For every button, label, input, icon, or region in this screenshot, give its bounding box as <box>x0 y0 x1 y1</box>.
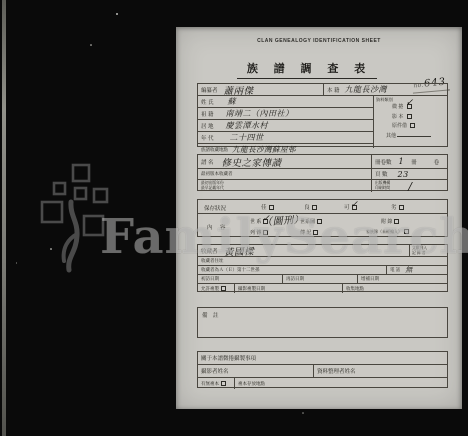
row-label: 年 代 <box>198 134 214 142</box>
checkbox <box>221 286 226 291</box>
handwritten-value: 黃國樑 <box>223 243 253 258</box>
microfilm-frame: CLAN GENEALOGY IDENTIFICATION SHEET 族 譜 … <box>0 0 468 436</box>
dust-speck <box>302 412 304 414</box>
row-label: 複本存放地點 <box>235 381 265 387</box>
collector-table: 收藏者 黃國樑 文獻列入 記 錄 者 收藏者住址 收藏者為Ａ（Ｅ）第十二世孫 電… <box>197 244 448 292</box>
checkbox <box>352 205 357 210</box>
row-label: 允許複製 <box>198 286 219 292</box>
row-label: 攝影複製日期 <box>235 286 265 292</box>
content-item: 家族錄（未經編入） <box>366 229 409 235</box>
remark-box: 備 註 <box>197 307 448 338</box>
checkbox <box>407 114 412 119</box>
material-type-box: 資料類別 微 捲 影 本 原件借 其他 <box>373 96 447 148</box>
filming-table: 關于本譜微捲攝製事項 攝影者姓名 資料整理者姓名 有無複本 複本存放地點 <box>197 351 448 388</box>
checkbox <box>269 205 274 210</box>
condition-option: 良 <box>304 203 317 211</box>
row-label: 收藏者住址 <box>198 258 224 264</box>
checkbox <box>263 230 268 235</box>
handwritten-value: 蘇 <box>228 96 237 107</box>
remark-label: 備 註 <box>198 308 447 319</box>
handwritten-value: 南靖二（內田社） <box>226 108 294 119</box>
content-item-label: 列 傳 <box>250 230 261 236</box>
row-label: 印刷時間 <box>375 186 390 191</box>
condition-option: 可 <box>344 203 357 211</box>
row-label: 最早記載年代 <box>201 186 224 191</box>
row-label: 內 容 <box>204 223 229 231</box>
table-row: 居 地 慶雲潭水村 <box>198 119 373 131</box>
familysearch-tree-logo <box>34 156 144 296</box>
row-label: 族譜收藏地點 <box>198 147 228 153</box>
material-other-label: 其他 <box>386 133 396 139</box>
dust-speck <box>16 262 17 264</box>
table-row: 允許複製 攝影複製日期 收集地點 <box>198 283 447 293</box>
table-row: 收藏者為Ａ（Ｅ）第十二世孫 電 話 無 <box>198 265 447 274</box>
blank-line <box>397 132 431 137</box>
content-item: 附 錄 <box>381 218 399 225</box>
dust-speck <box>90 44 92 46</box>
checkbox <box>404 229 409 234</box>
material-option: 原件借 <box>376 122 445 132</box>
row-label: 祖 籍 <box>198 110 214 118</box>
condition-option: 佳 <box>261 203 274 211</box>
condition-option-label: 佳 <box>261 205 267 211</box>
row-label: 有無複本 <box>198 381 219 387</box>
row-label: 本 籍 <box>324 86 340 94</box>
row-label: 冊卷數 <box>372 158 392 166</box>
form-title-wrap: 族 譜 調 查 表 <box>201 59 413 79</box>
row-label: 編纂者 <box>198 86 218 94</box>
content-item: 列 傳 <box>250 229 268 236</box>
content-item-label: 世 系 <box>250 219 261 225</box>
table-row: 初訪日期 再訪日期 增補日期 <box>198 274 447 283</box>
row-label: 收藏者為Ａ（Ｅ）第十二世孫 <box>198 267 260 273</box>
content-item-label: 家族錄（未經編入） <box>366 229 402 234</box>
material-option-label: 原件借 <box>392 123 407 129</box>
handwritten-value: ∕ <box>408 180 412 193</box>
unit-label: 冊 <box>408 158 417 166</box>
row-label: 收集地點 <box>343 286 364 292</box>
checkbox <box>394 219 399 224</box>
condition-table: 保存狀況 佳 良 可 劣 內 容 （圖刑） 世 系 <box>197 199 448 237</box>
table-row: 關于本譜微捲攝製事項 <box>198 352 447 364</box>
content-item-label: 附 錄 <box>381 219 392 225</box>
record-note-box: 文獻列入 記 錄 者 <box>409 245 447 256</box>
document-page: CLAN GENEALOGY IDENTIFICATION SHEET 族 譜 … <box>176 27 462 409</box>
table-row: 譜 名 修史之家傳讀 冊卷數 1 冊 卷 <box>198 155 447 168</box>
row-label: 譜 名 <box>198 158 214 166</box>
table-row: 內 容 （圖刑） 世 系 世系圖 附 錄 列 傳 傳 記 家族錄 <box>198 213 447 238</box>
table-row: 攝影者姓名 資料整理者姓名 <box>198 364 447 377</box>
row-label: 增補日期 <box>358 276 379 282</box>
table-row: 最初出版年份 最早記載年代 出版機構 印刷時間 ∕ <box>198 179 447 192</box>
row-label: 頁 數 <box>372 170 388 178</box>
handwritten-value: 23 <box>398 170 409 179</box>
table-row: 保存狀況 佳 良 可 劣 <box>198 200 447 213</box>
volume-table: 譜 名 修史之家傳讀 冊卷數 1 冊 卷 最初版本收藏者 頁 數 23 <box>197 154 448 191</box>
table-row: 收藏者 黃國樑 文獻列入 記 錄 者 <box>198 245 447 256</box>
checkbox <box>313 230 318 235</box>
material-option-label: 微 捲 <box>392 104 403 110</box>
material-option-label: 影 本 <box>392 114 403 120</box>
condition-option-label: 劣 <box>391 205 397 211</box>
film-edge-light-strip <box>2 0 6 436</box>
row-label: 資料整理者姓名 <box>314 367 356 375</box>
handwritten-annotation: （圖刑） <box>262 211 305 229</box>
form-title: 族 譜 調 查 表 <box>237 60 377 79</box>
handwritten-value: 無 <box>405 265 413 275</box>
identity-table: 編纂者 蕭兩傑 本 籍 九龍長沙灣 姓 氏 蘇 祖 籍 南靖二（內田社） <box>197 83 448 147</box>
table-row: 年 代 二十四世 <box>198 131 373 143</box>
checkbox <box>399 205 404 210</box>
table-row: 祖 籍 南靖二（內田社） <box>198 107 373 119</box>
row-label: 攝影者姓名 <box>198 367 229 375</box>
checkbox <box>221 381 226 386</box>
checkbox <box>410 123 415 128</box>
material-option: 微 捲 <box>376 103 445 113</box>
checkbox <box>317 219 322 224</box>
handwritten-value: 蕭兩傑 <box>224 83 254 97</box>
row-label: 最初版本收藏者 <box>198 171 233 177</box>
note-label: 記 錄 者 <box>412 251 447 256</box>
row-label: 保存狀況 <box>201 204 226 212</box>
row-label: 電 話 <box>387 267 400 273</box>
table-row: 編纂者 蕭兩傑 本 籍 九龍長沙灣 <box>198 84 447 95</box>
content-item: 傳 記 <box>300 229 318 236</box>
checkbox <box>407 104 412 109</box>
table-row: 最初版本收藏者 頁 數 23 <box>198 168 447 179</box>
handwritten-value: 二十四世 <box>230 132 264 143</box>
dust-speck <box>116 13 118 15</box>
checkbox <box>312 205 317 210</box>
handwritten-value: 修史之家傳讀 <box>222 155 282 169</box>
handwritten-value: 1 <box>399 157 405 166</box>
condition-option-label: 可 <box>344 205 350 211</box>
handwritten-value: 九龍長沙灣 <box>345 84 388 95</box>
row-label: 收藏者 <box>198 247 218 255</box>
row-label: 再訪日期 <box>283 276 304 282</box>
content-item-label: 傳 記 <box>300 230 311 236</box>
table-row: 有無複本 複本存放地點 <box>198 377 447 389</box>
condition-option-label: 良 <box>304 205 310 211</box>
handwritten-value: 慶雲潭水村 <box>226 120 269 131</box>
material-other: 其他 <box>376 132 445 141</box>
row-label: 居 地 <box>198 122 214 130</box>
material-option: 影 本 <box>376 113 445 123</box>
row-label: 初訪日期 <box>198 276 219 282</box>
clan-sheet-label: CLAN GENEALOGY IDENTIFICATION SHEET <box>176 38 462 44</box>
row-label: 姓 氏 <box>198 98 214 106</box>
unit-label: 卷 <box>431 158 440 166</box>
table-row: 姓 氏 蘇 <box>198 96 373 107</box>
row-label: 關于本譜微捲攝製事項 <box>198 354 256 362</box>
condition-option: 劣 <box>391 203 404 211</box>
